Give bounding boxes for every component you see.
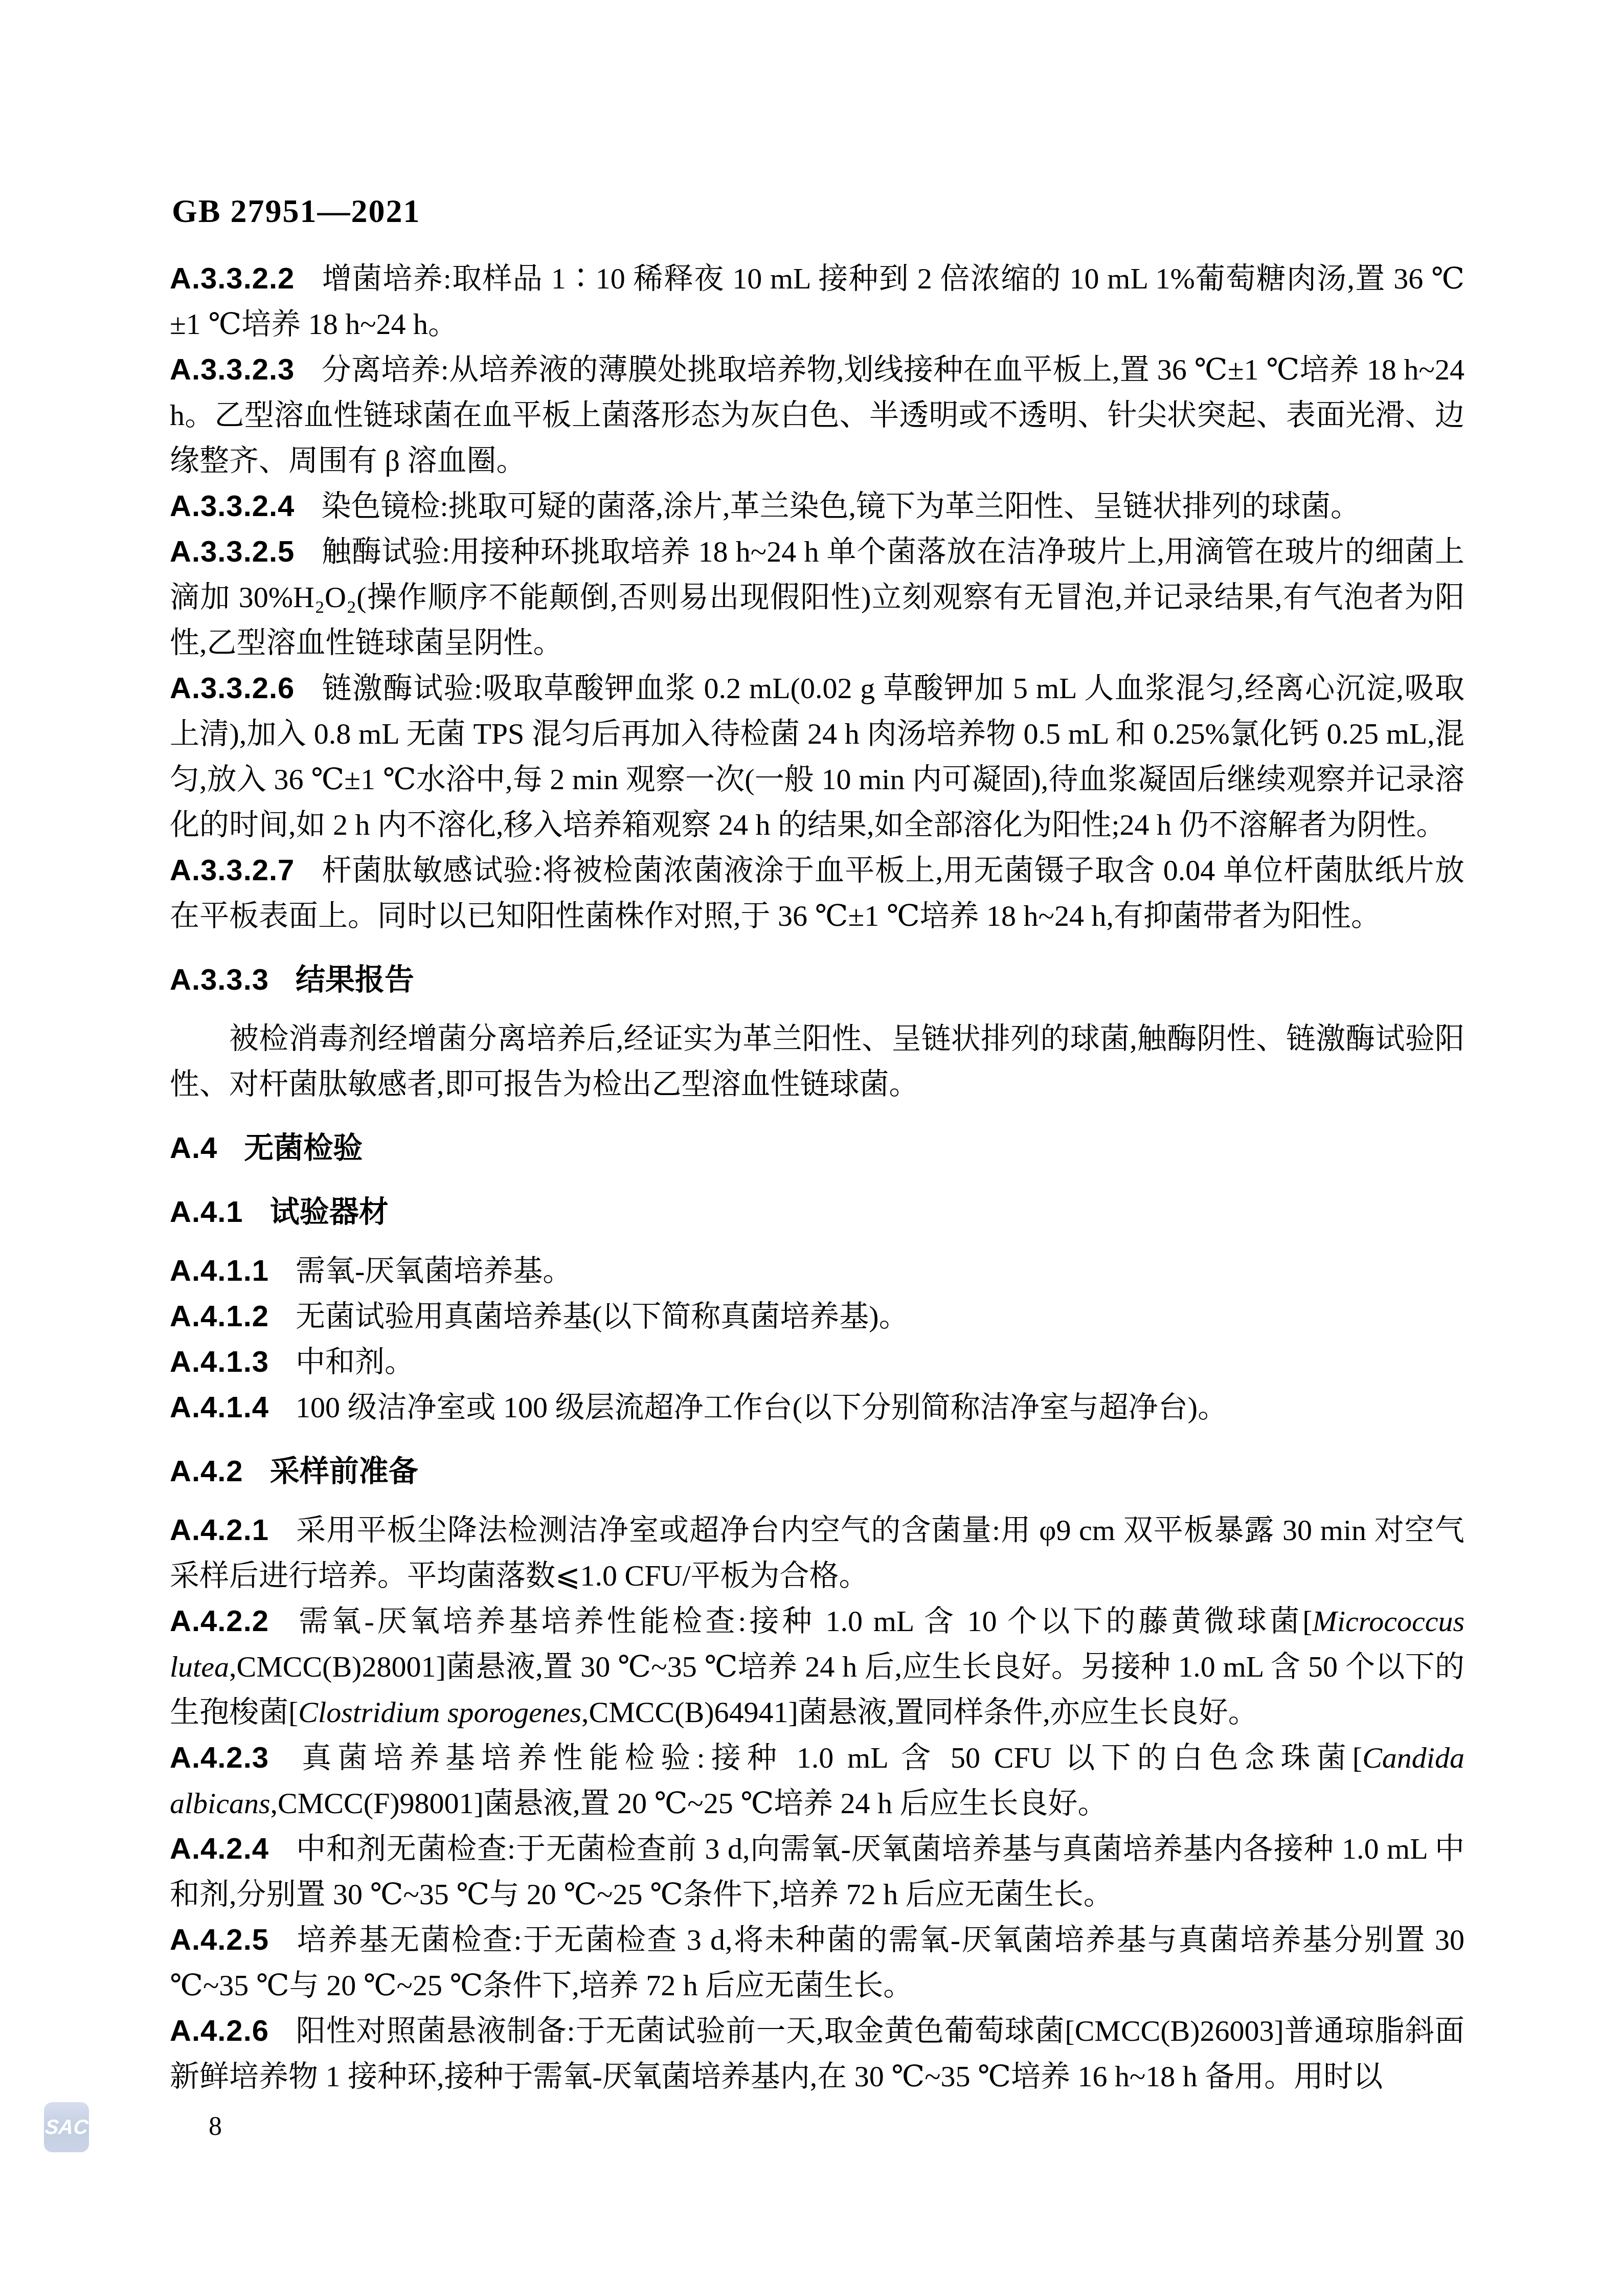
clause-paragraph: A.3.3.2.4染色镜检:挑取可疑的菌落,涂片,革兰染色,镜下为革兰阳性、呈链… bbox=[170, 483, 1464, 529]
standard-number: GB 27951—2021 bbox=[172, 192, 420, 230]
sac-logo-text: SAC bbox=[44, 2116, 89, 2139]
clause-number: A.4.1.1 bbox=[170, 1254, 269, 1287]
clause-paragraph: A.3.3.2.6链激酶试验:吸取草酸钾血浆 0.2 mL(0.02 g 草酸钾… bbox=[170, 665, 1464, 848]
clause-text: 触酶试验:用接种环挑取培养 18 h~24 h 单个菌落放在洁净玻片上,用滴管在… bbox=[170, 535, 1464, 659]
clause-paragraph: A.4.1.2无菌试验用真菌培养基(以下简称真菌培养基)。 bbox=[170, 1294, 1464, 1339]
clause-text: 100 级洁净室或 100 级层流超净工作台(以下分别简称洁净室与超净台)。 bbox=[296, 1391, 1227, 1424]
clause-number: A.4.2.4 bbox=[170, 1832, 269, 1865]
clause-text: 无菌试验用真菌培养基(以下简称真菌培养基)。 bbox=[296, 1300, 909, 1333]
clause-text: 增菌培养:取样品 1∶10 稀释夜 10 mL 接种到 2 倍浓缩的 10 mL… bbox=[170, 262, 1464, 341]
heading-title: 结果报告 bbox=[296, 963, 414, 996]
clause-paragraph: A.4.2.1采用平板尘降法检测洁净室或超净台内空气的含菌量:用 φ9 cm 双… bbox=[170, 1507, 1464, 1598]
clause-paragraph: A.4.2.2需氧-厌氧培养基培养性能检查:接种 1.0 mL 含 10 个以下… bbox=[170, 1598, 1464, 1735]
body-paragraph: 被检消毒剂经增菌分离培养后,经证实为革兰阳性、呈链状排列的球菌,触酶阴性、链激酶… bbox=[170, 1016, 1464, 1107]
clause-paragraph: A.4.2.5培养基无菌检查:于无菌检查 3 d,将未种菌的需氧-厌氧菌培养基与… bbox=[170, 1917, 1464, 2008]
clause-number: A.3.3.2.2 bbox=[170, 262, 295, 295]
clause-text: 链激酶试验:吸取草酸钾血浆 0.2 mL(0.02 g 草酸钾加 5 mL 人血… bbox=[170, 672, 1464, 841]
clause-text: 杆菌肽敏感试验:将被检菌浓菌液涂于血平板上,用无菌镊子取含 0.04 单位杆菌肽… bbox=[170, 854, 1464, 932]
clause-paragraph: A.4.2.6阳性对照菌悬液制备:于无菌试验前一天,取金黄色葡萄球菌[CMCC(… bbox=[170, 2008, 1464, 2099]
section-heading: A.3.3.3结果报告 bbox=[170, 957, 1464, 1002]
clause-text: 真菌培养基培养性能检验:接种 1.0 mL 含 50 CFU 以下的白色念珠菌[ bbox=[296, 1741, 1362, 1774]
clause-paragraph: A.4.2.4中和剂无菌检查:于无菌检查前 3 d,向需氧-厌氧菌培养基与真菌培… bbox=[170, 1826, 1464, 1917]
clause-number: A.3.3.2.6 bbox=[170, 672, 295, 705]
clause-text: 被检消毒剂经增菌分离培养后,经证实为革兰阳性、呈链状排列的球菌,触酶阴性、链激酶… bbox=[170, 1022, 1464, 1101]
heading-number: A.4.2 bbox=[170, 1455, 243, 1488]
clause-text: 需氧-厌氧培养基培养性能检查:接种 1.0 mL 含 10 个以下的藤黄微球菌[ bbox=[296, 1604, 1313, 1638]
clause-number: A.4.2.5 bbox=[170, 1923, 269, 1956]
clause-text: 阳性对照菌悬液制备:于无菌试验前一天,取金黄色葡萄球菌[CMCC(B)26003… bbox=[170, 2014, 1464, 2093]
clause-paragraph: A.3.3.2.5触酶试验:用接种环挑取培养 18 h~24 h 单个菌落放在洁… bbox=[170, 529, 1464, 665]
clause-number: A.3.3.2.4 bbox=[170, 489, 295, 523]
heading-title: 无菌检验 bbox=[244, 1131, 363, 1165]
clause-number: A.4.1.3 bbox=[170, 1345, 269, 1378]
clause-paragraph: A.3.3.2.2增菌培养:取样品 1∶10 稀释夜 10 mL 接种到 2 倍… bbox=[170, 256, 1464, 347]
clause-paragraph: A.4.1.4100 级洁净室或 100 级层流超净工作台(以下分别简称洁净室与… bbox=[170, 1385, 1464, 1430]
clause-number: A.3.3.2.5 bbox=[170, 535, 295, 568]
clause-number: A.3.3.2.3 bbox=[170, 353, 295, 386]
clause-paragraph: A.4.1.3中和剂。 bbox=[170, 1339, 1464, 1385]
clause-paragraph: A.3.3.2.7杆菌肽敏感试验:将被检菌浓菌液涂于血平板上,用无菌镊子取含 0… bbox=[170, 848, 1464, 939]
clause-text: ,CMCC(F)98001]菌悬液,置 20 ℃~25 ℃培养 24 h 后应生… bbox=[270, 1787, 1108, 1820]
heading-title: 采样前准备 bbox=[270, 1455, 418, 1488]
clause-number: A.4.2.3 bbox=[170, 1741, 269, 1774]
heading-title: 试验器材 bbox=[270, 1195, 389, 1229]
page-number: 8 bbox=[209, 2111, 222, 2142]
sac-logo: SAC bbox=[44, 2102, 89, 2152]
clause-text: 需氧-厌氧菌培养基。 bbox=[296, 1254, 572, 1287]
clause-text: 中和剂。 bbox=[296, 1345, 414, 1378]
clause-text: 采用平板尘降法检测洁净室或超净台内空气的含菌量:用 φ9 cm 双平板暴露 30… bbox=[170, 1513, 1464, 1592]
clause-paragraph: A.4.2.3真菌培养基培养性能检验:接种 1.0 mL 含 50 CFU 以下… bbox=[170, 1735, 1464, 1826]
clause-number: A.4.1.4 bbox=[170, 1391, 269, 1424]
clause-number: A.3.3.2.7 bbox=[170, 854, 295, 887]
species-name: Clostridium sporogenes bbox=[298, 1696, 581, 1729]
heading-number: A.3.3.3 bbox=[170, 963, 269, 996]
clause-number: A.4.2.1 bbox=[170, 1513, 269, 1547]
section-heading: A.4无菌检验 bbox=[170, 1125, 1464, 1171]
clause-text: 染色镜检:挑取可疑的菌落,涂片,革兰染色,镜下为革兰阳性、呈链状排列的球菌。 bbox=[321, 489, 1360, 523]
clause-paragraph: A.3.3.2.3分离培养:从培养液的薄膜处挑取培养物,划线接种在血平板上,置 … bbox=[170, 347, 1464, 483]
document-page: GB 27951—2021 A.3.3.2.2增菌培养:取样品 1∶10 稀释夜… bbox=[0, 0, 1623, 2296]
heading-number: A.4.1 bbox=[170, 1195, 243, 1229]
clause-text: 中和剂无菌检查:于无菌检查前 3 d,向需氧-厌氧菌培养基与真菌培养基内各接种 … bbox=[170, 1832, 1464, 1911]
heading-number: A.4 bbox=[170, 1131, 217, 1165]
section-heading: A.4.2采样前准备 bbox=[170, 1448, 1464, 1494]
document-body: A.3.3.2.2增菌培养:取样品 1∶10 稀释夜 10 mL 接种到 2 倍… bbox=[170, 256, 1464, 2099]
clause-number: A.4.2.6 bbox=[170, 2014, 269, 2047]
clause-paragraph: A.4.1.1需氧-厌氧菌培养基。 bbox=[170, 1248, 1464, 1294]
clause-number: A.4.2.2 bbox=[170, 1604, 269, 1638]
clause-text: ,CMCC(B)64941]菌悬液,置同样条件,亦应生长良好。 bbox=[581, 1696, 1258, 1729]
clause-text: 分离培养:从培养液的薄膜处挑取培养物,划线接种在血平板上,置 36 ℃±1 ℃培… bbox=[170, 353, 1464, 477]
clause-text: 培养基无菌检查:于无菌检查 3 d,将未种菌的需氧-厌氧菌培养基与真菌培养基分别… bbox=[170, 1923, 1464, 2002]
clause-number: A.4.1.2 bbox=[170, 1300, 269, 1333]
section-heading: A.4.1试验器材 bbox=[170, 1189, 1464, 1235]
